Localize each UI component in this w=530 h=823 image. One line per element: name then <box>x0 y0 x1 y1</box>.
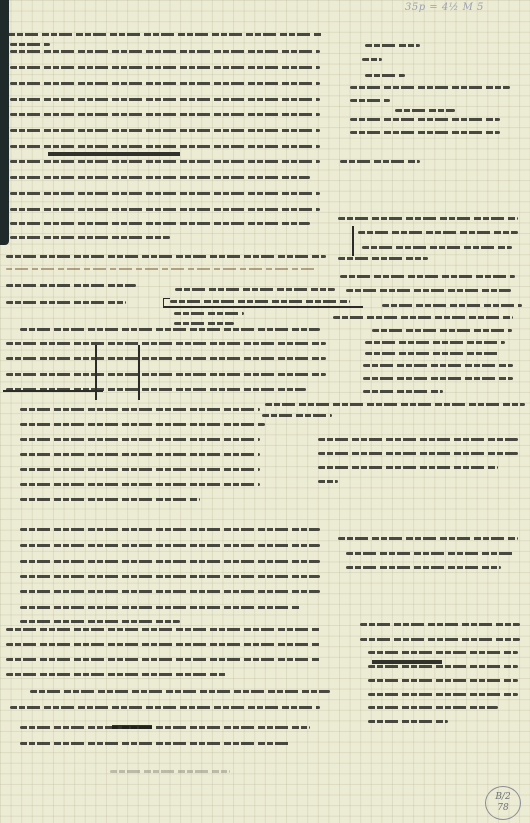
archive-mark-top: B/2 <box>486 792 520 803</box>
archive-stamp: B/2 78 <box>485 786 521 820</box>
binding-edge <box>0 0 9 245</box>
pencil-notation: 35p = 4½ M 5 <box>405 2 484 13</box>
manuscript-page: 35p = 4½ M 5 B/2 78 <box>0 0 530 823</box>
archive-mark-bottom: 78 <box>486 803 520 814</box>
